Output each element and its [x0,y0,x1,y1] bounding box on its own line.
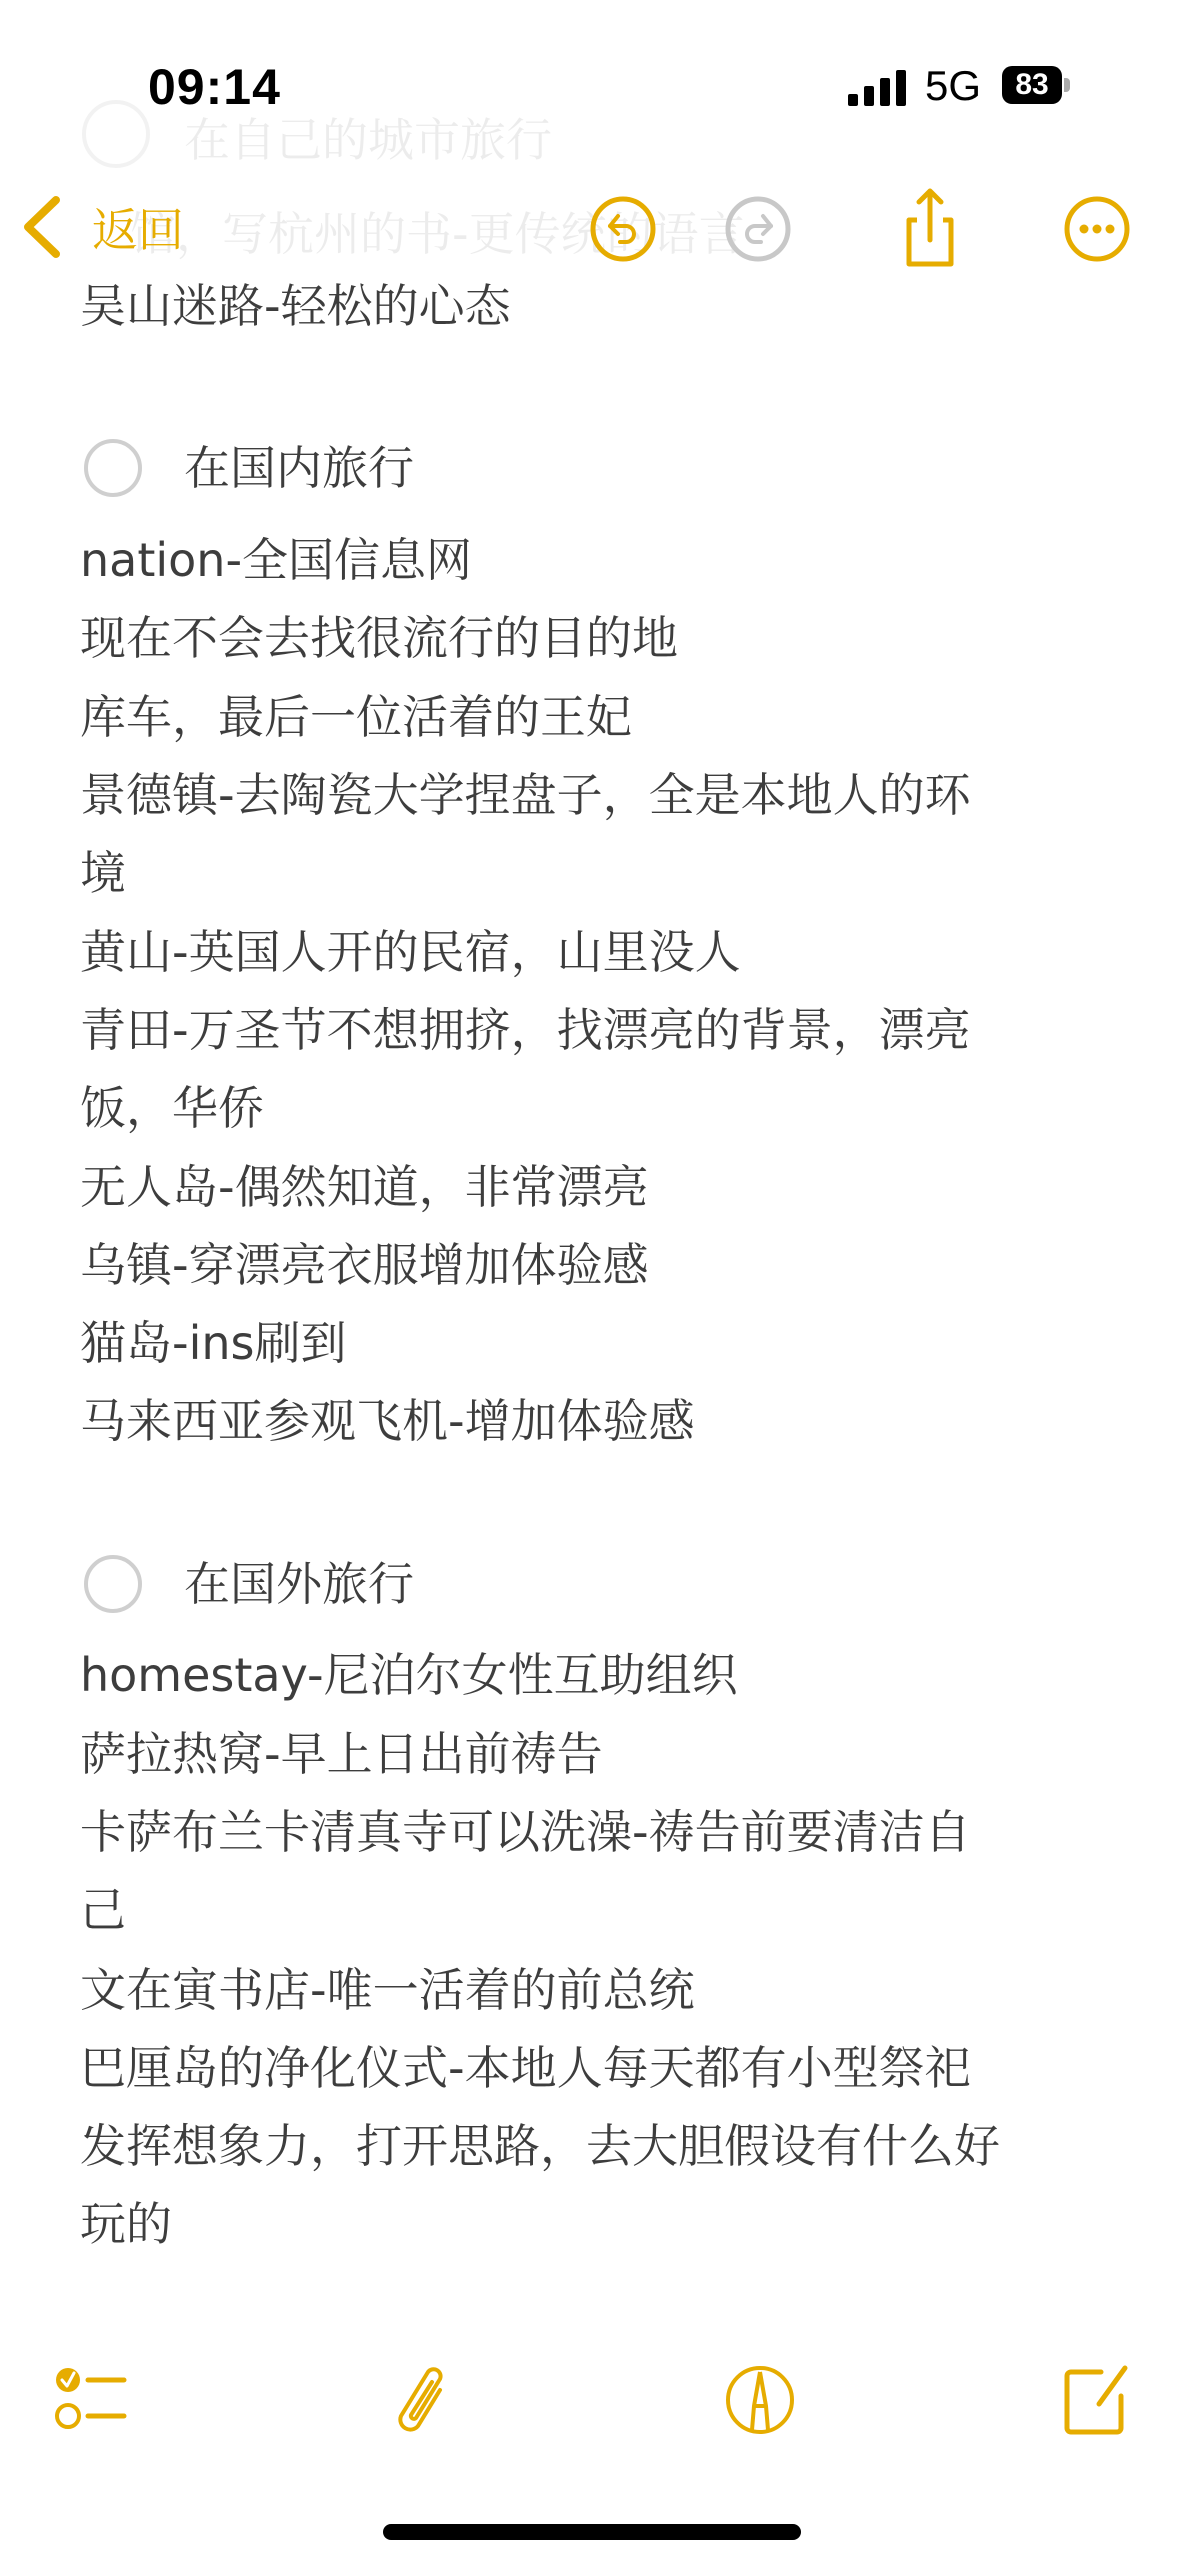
note-line[interactable]: 巴厘岛的净化仪式-本地人每天都有小型祭祀 [80,2040,971,2096]
ghost-heading: 在自己的城市旅行 [184,104,552,170]
network-type: 5G [925,62,981,110]
note-line[interactable]: 卡萨布兰卡清真寺可以洗澡-祷告前要清洁自 [80,1804,971,1860]
section-heading[interactable]: 在国内旅行 [184,440,414,496]
section-heading[interactable]: 在国外旅行 [184,1556,414,1612]
checklist-checkbox[interactable] [84,1555,142,1613]
markup-icon[interactable] [720,2360,800,2440]
note-line[interactable]: 马来西亚参观飞机-增加体验感 [80,1393,695,1449]
back-label: 返回 [92,194,184,260]
note-line[interactable]: 饭，华侨 [80,1080,264,1136]
note-line[interactable]: homestay-尼泊尔女性互助组织 [80,1647,738,1703]
attachment-icon[interactable] [388,2360,468,2440]
note-line[interactable]: 玩的 [80,2196,172,2252]
note-line[interactable]: 现在不会去找很流行的目的地 [80,610,678,666]
note-line[interactable]: 猫岛-ins刷到 [80,1315,347,1371]
note-line[interactable]: 黄山-英国人开的民宿，山里没人 [80,924,741,980]
home-indicator[interactable] [383,2524,801,2540]
cellular-signal-icon [848,70,908,106]
note-line[interactable]: 青田-万圣节不想拥挤，找漂亮的背景，漂亮 [80,1002,971,1058]
checklist-icon[interactable] [52,2360,132,2440]
note-line[interactable]: 文在寅书店-唯一活着的前总统 [80,1962,695,2018]
checklist-checkbox[interactable] [84,439,142,497]
note-line[interactable]: nation-全国信息网 [80,532,472,588]
redo-icon[interactable] [723,194,793,264]
note-line[interactable]: 景德镇-去陶瓷大学捏盘子，全是本地人的环 [80,767,971,823]
note-line[interactable]: 境 [80,845,126,901]
note-line[interactable]: 萨拉热窝-早上日出前祷告 [80,1726,603,1782]
note-line[interactable]: 乌镇-穿漂亮衣服增加体验感 [80,1237,649,1293]
chevron-left-icon [20,194,64,260]
ghost-checkbox [82,100,150,168]
note-line[interactable]: 发挥想象力，打开思路，去大胆假设有什么好 [80,2118,1000,2174]
share-icon[interactable] [895,186,965,270]
battery-icon: 83 [1002,66,1062,104]
battery-nub [1064,78,1070,92]
note-line[interactable]: 库车，最后一位活着的王妃 [80,689,632,745]
note-line[interactable]: 己 [80,1882,126,1938]
more-options-icon[interactable] [1062,194,1132,264]
compose-icon[interactable] [1057,2360,1137,2440]
note-line[interactable]: 无人岛-偶然知道，非常漂亮 [80,1159,649,1215]
back-button[interactable]: 返回 [20,194,184,260]
note-line[interactable]: 吴山迷路-轻松的心态 [80,278,511,334]
undo-icon[interactable] [588,194,658,264]
